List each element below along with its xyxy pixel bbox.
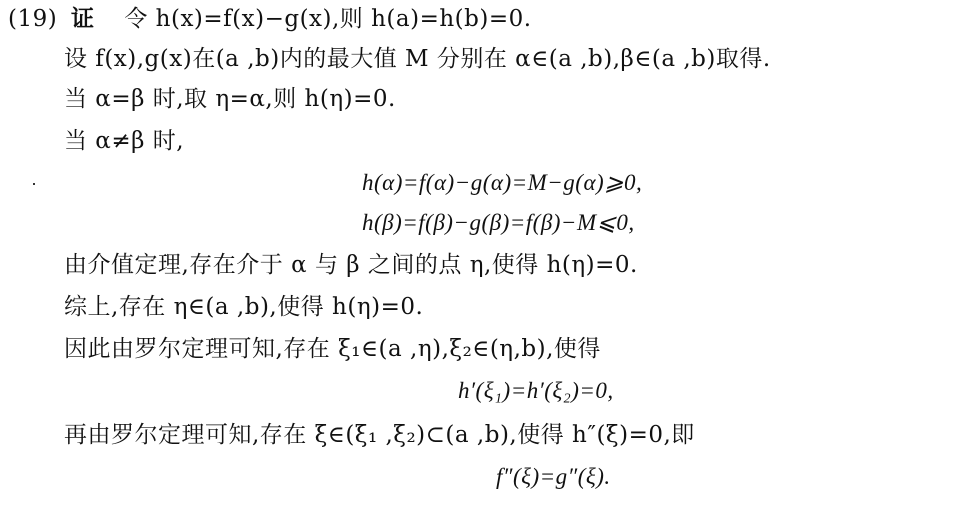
proof-text: 再由罗尔定理可知,存在 ξ∈(ξ₁ ,ξ₂)⊂(a ,b),使得 h″(ξ)=0… — [64, 422, 695, 448]
equation-text: h(α)=f(α)−g(α)=M−g(α)⩾0, — [362, 170, 642, 195]
proof-text: 设 f(x),g(x)在(a ,b)内的最大值 M 分别在 α∈(a ,b),β… — [64, 46, 771, 72]
proof-line-9: 因此由罗尔定理可知,存在 ξ₁∈(a ,η),ξ₂∈(η,b),使得 — [64, 334, 601, 364]
proof-line-8: 综上,存在 η∈(a ,b),使得 h(η)=0. — [64, 292, 423, 322]
equation-text: h(β)=f(β)−g(β)=f(β)−M⩽0, — [362, 210, 635, 235]
proof-text: 令 h(x)=f(x)−g(x),则 h(a)=h(b)=0. — [124, 6, 531, 32]
equation-h-alpha: h(α)=f(α)−g(α)=M−g(α)⩾0, — [362, 168, 642, 198]
equation-text: f″(ξ)=g″(ξ). — [496, 464, 611, 489]
equation-conclusion: f″(ξ)=g″(ξ). — [496, 462, 611, 492]
proof-label: 证 — [71, 5, 95, 32]
problem-number: (19) — [8, 6, 57, 32]
proof-line-11: 再由罗尔定理可知,存在 ξ∈(ξ₁ ,ξ₂)⊂(a ,b),使得 h″(ξ)=0… — [64, 420, 695, 450]
proof-line-4: 当 α≠β 时, — [64, 126, 184, 156]
equation-h-beta: h(β)=f(β)−g(β)=f(β)−M⩽0, — [362, 208, 635, 238]
proof-line-3: 当 α=β 时,取 η=α,则 h(η)=0. — [64, 84, 396, 114]
proof-text: 综上,存在 η∈(a ,b),使得 h(η)=0. — [64, 294, 423, 320]
equation-text: h′(ξ₁)=h′(ξ₂)=0, — [458, 378, 614, 403]
proof-line-1: (19) 证 令 h(x)=f(x)−g(x),则 h(a)=h(b)=0. — [8, 4, 532, 34]
proof-line-7: 由介值定理,存在介于 α 与 β 之间的点 η,使得 h(η)=0. — [64, 250, 638, 280]
proof-line-2: 设 f(x),g(x)在(a ,b)内的最大值 M 分别在 α∈(a ,b),β… — [64, 44, 771, 74]
stray-dot — [33, 183, 35, 185]
equation-h-prime: h′(ξ₁)=h′(ξ₂)=0, — [458, 376, 614, 406]
proof-text: 因此由罗尔定理可知,存在 ξ₁∈(a ,η),ξ₂∈(η,b),使得 — [64, 336, 601, 362]
proof-text: 当 α=β 时,取 η=α,则 h(η)=0. — [64, 86, 396, 112]
proof-text: 由介值定理,存在介于 α 与 β 之间的点 η,使得 h(η)=0. — [64, 252, 638, 278]
proof-text: 当 α≠β 时, — [64, 128, 184, 154]
